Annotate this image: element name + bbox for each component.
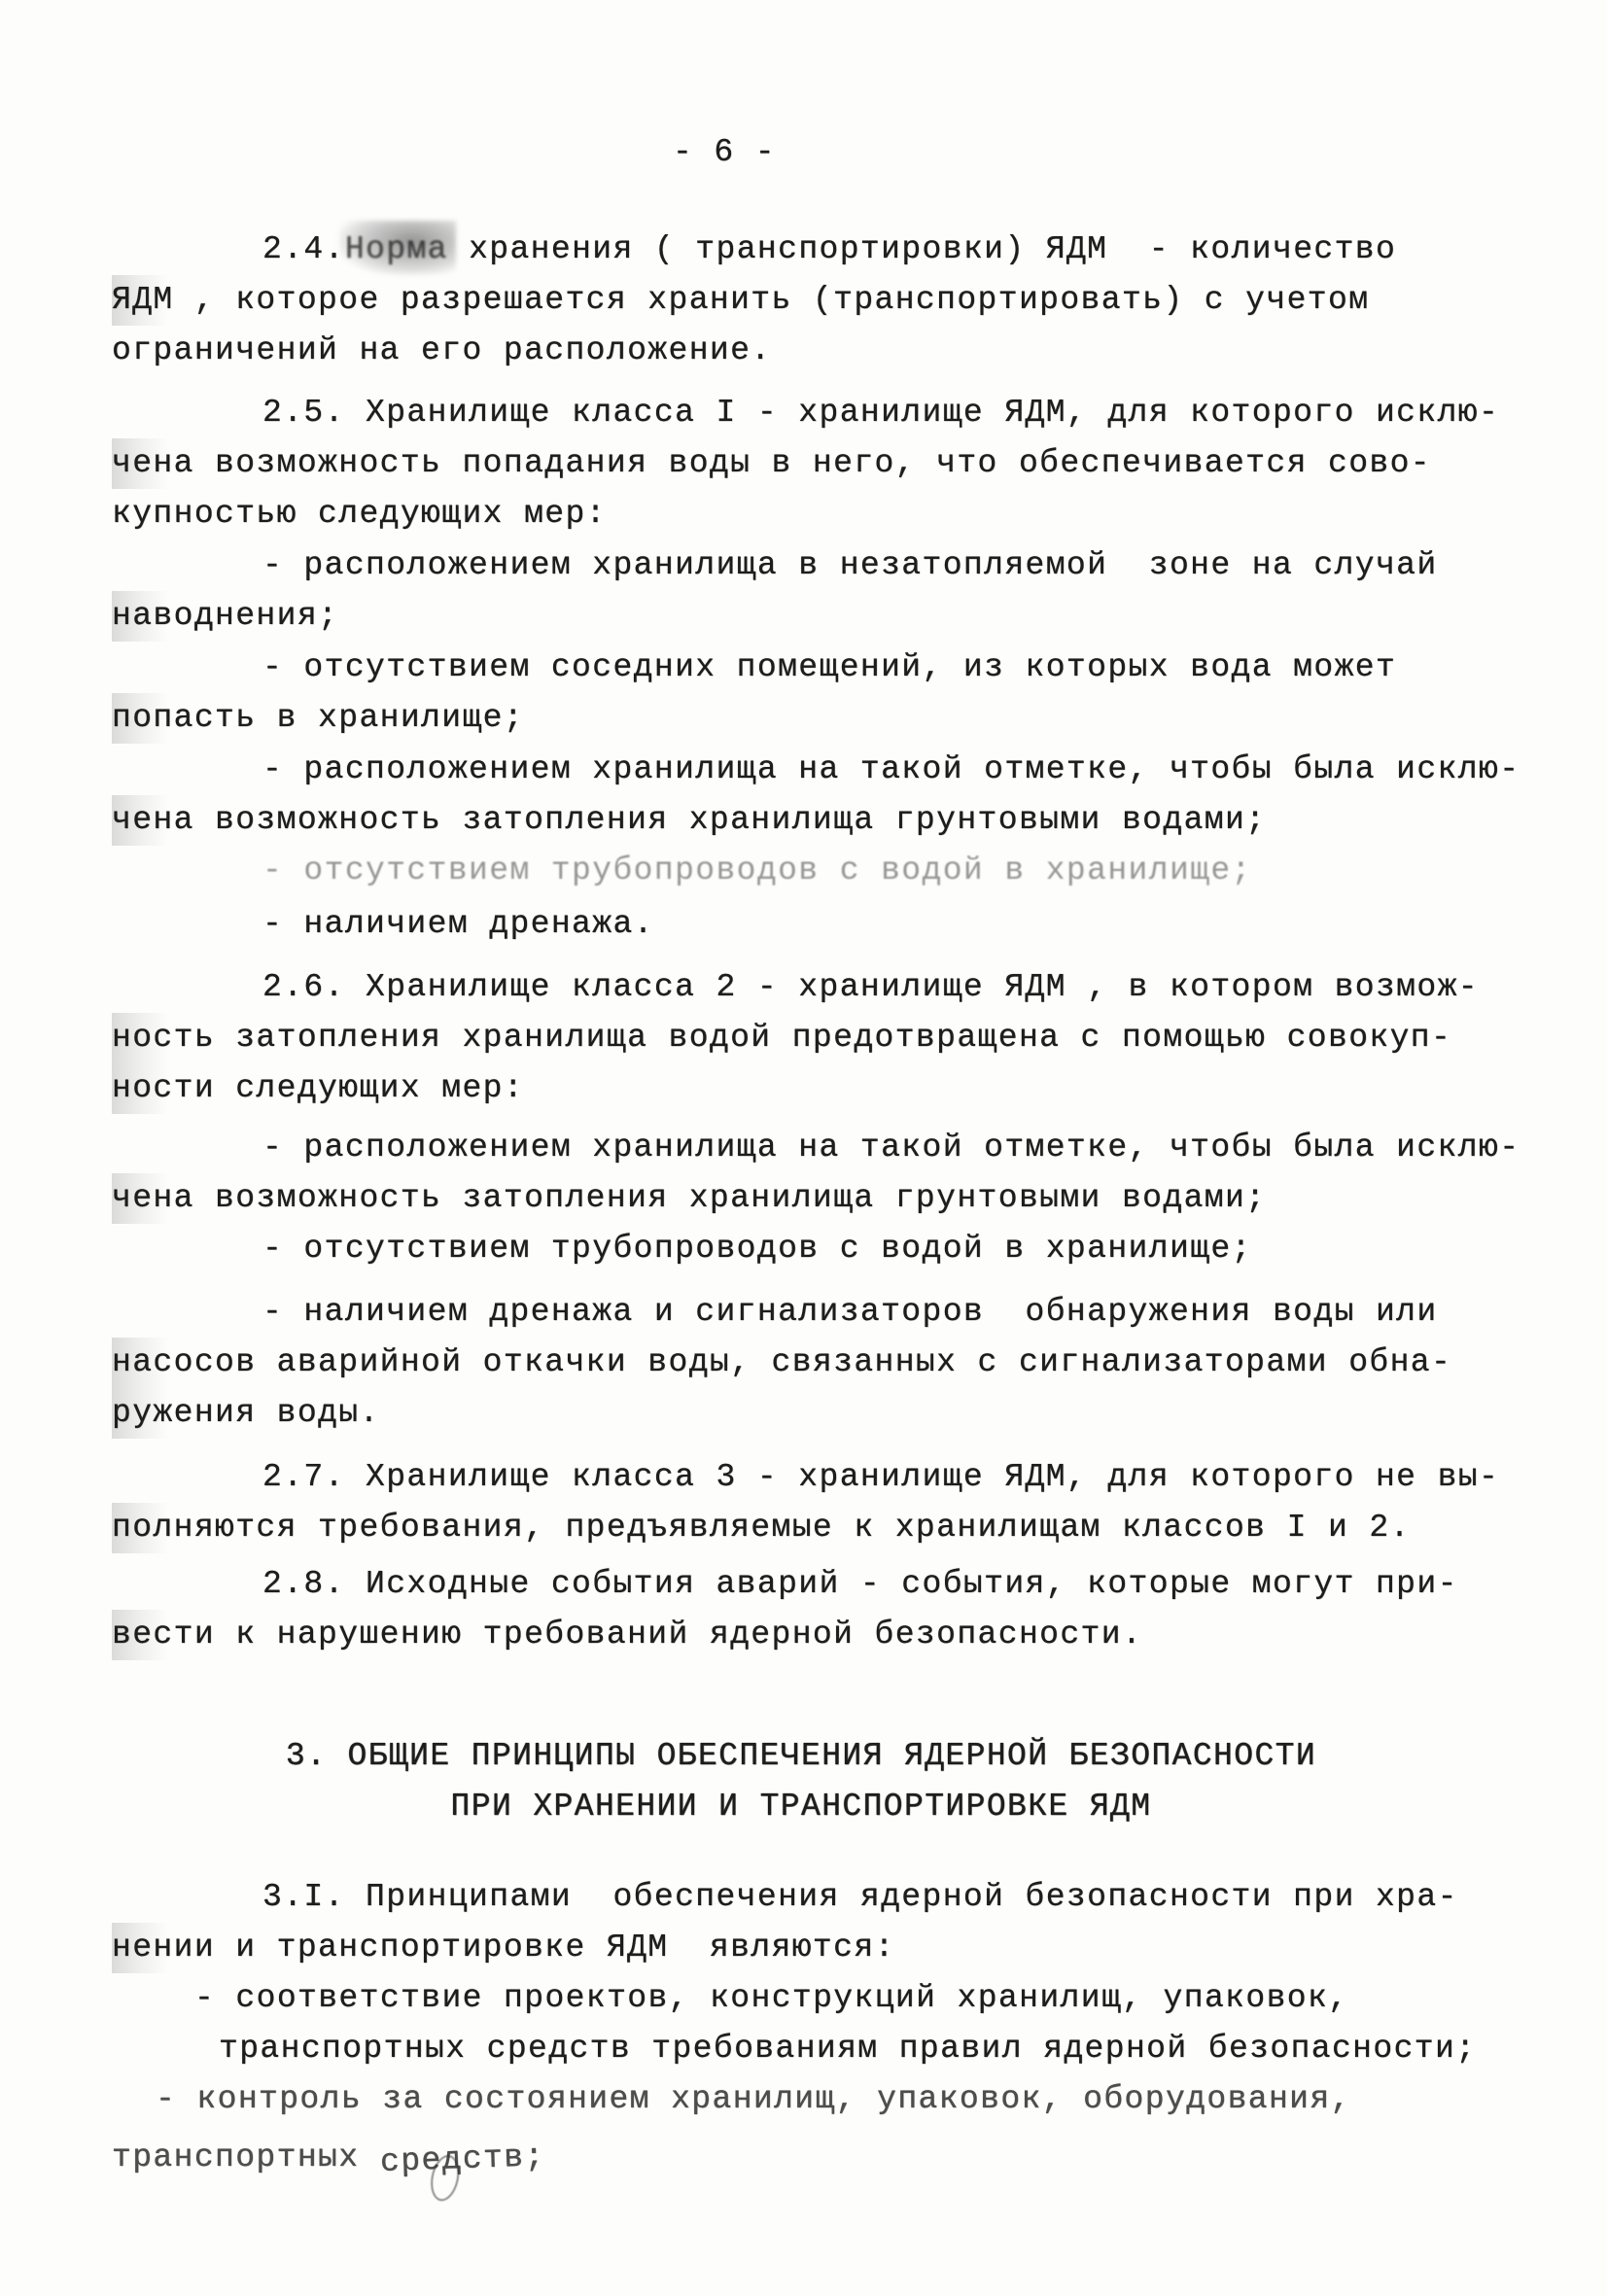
document-page: - 6 - 2.4.Норма хранения ( транспортиров… <box>0 0 1607 2296</box>
bullet-no-pipes2: - отсутствием трубопроводов с водой в хр… <box>112 1224 1529 1274</box>
bullet-no-pipes-faded: - отсутствием трубопроводов с водой в хр… <box>112 846 1529 896</box>
bullet-condition-control-line-1: - контроль за состоянием хранилищ, упако… <box>112 2074 1529 2125</box>
bullet-elevation-line-1: - расположением хранилища на такой отмет… <box>112 745 1529 795</box>
paragraph-2-5-line-2: чена возможность попадания воды в него, … <box>112 438 1529 489</box>
bullet-drainage-alarms-line-2: насосов аварийной откачки воды, связанны… <box>112 1338 1529 1388</box>
paragraph-2-8-line-1: 2.8. Исходные события аварий - события, … <box>112 1559 1529 1610</box>
bullet-design-compliance-line-2: транспортных средств требованиям правил … <box>112 2024 1529 2074</box>
paragraph-2-4-line-2: ЯДМ , которое разрешается хранить (транс… <box>112 275 1529 326</box>
paragraph-2-8-line-2: вести к нарушению требований ядерной без… <box>112 1610 1529 1660</box>
paragraph-2-6-line-3: ности следующих мер: <box>112 1063 1529 1114</box>
paragraph-2-6-line-1: 2.6. Хранилище класса 2 - хранилище ЯДМ … <box>112 962 1529 1013</box>
paragraph-2-4-line-3: ограничений на его расположение. <box>112 326 1529 376</box>
paragraph-2-7-line-1: 2.7. Хранилище класса 3 - хранилище ЯДМ,… <box>112 1452 1529 1503</box>
paragraph-2-7-line-2: полняются требования, предъявляемые к хр… <box>112 1503 1529 1553</box>
bullet-elevation2-line-1: - расположением хранилища на такой отмет… <box>112 1123 1529 1173</box>
bullet-flood-zone-line-2: наводнения; <box>112 591 1529 642</box>
paragraph-2-5-line-3: купностью следующих мер: <box>112 489 1529 539</box>
paragraph-2-5-line-1: 2.5. Хранилище класса I - хранилище ЯДМ,… <box>112 388 1529 438</box>
bullet-elevation-line-2: чена возможность затопления хранилища гр… <box>112 795 1529 846</box>
bullet-design-compliance-line-1: - соответствие проектов, конструкций хра… <box>112 1973 1529 2024</box>
bullet-drainage: - наличием дренажа. <box>112 899 1529 950</box>
paragraph-3-1-line-2: нении и транспортировке ЯДМ являются: <box>112 1923 1529 1973</box>
bullet-drainage-alarms-line-3: ружения воды. <box>112 1388 1529 1439</box>
paragraph-2-4-line-1-rest: хранения ( транспортировки) ЯДМ - количе… <box>448 231 1396 267</box>
paragraph-2-6-line-2: ность затопления хранилища водой предотв… <box>112 1013 1529 1063</box>
paragraph-2-4-number: 2.4. <box>262 231 345 267</box>
bullet-flood-zone-line-1: - расположением хранилища в незатопляемо… <box>112 540 1529 591</box>
last-line-word-2-overwritten: средств; <box>379 2132 545 2188</box>
bullet-neighbor-rooms-line-1: - отсутствием соседних помещений, из кот… <box>112 643 1529 693</box>
section-3-heading-line-1: 3. ОБЩИЕ ПРИНЦИПЫ ОБЕСПЕЧЕНИЯ ЯДЕРНОЙ БЕ… <box>92 1731 1510 1782</box>
last-line-word-1: транспортных <box>112 2139 380 2175</box>
bullet-elevation2-line-2: чена возможность затопления хранилища гр… <box>112 1173 1529 1224</box>
paragraph-3-1-line-1: 3.I. Принципами обеспечения ядерной безо… <box>112 1872 1529 1923</box>
smudged-word: Норма <box>345 225 448 275</box>
bullet-condition-control-line-2: транспортных средств; <box>112 2133 1529 2183</box>
section-3-heading-line-2: ПРИ ХРАНЕНИИ И ТРАНСПОРТИРОВКЕ ЯДМ <box>92 1782 1510 1832</box>
bullet-drainage-alarms-line-1: - наличием дренажа и сигнализаторов обна… <box>112 1287 1529 1338</box>
bullet-neighbor-rooms-line-2: попасть в хранилище; <box>112 693 1529 744</box>
page-number: - 6 - <box>16 127 1433 178</box>
paragraph-2-4-line-1: 2.4.Норма хранения ( транспортировки) ЯД… <box>112 225 1529 275</box>
